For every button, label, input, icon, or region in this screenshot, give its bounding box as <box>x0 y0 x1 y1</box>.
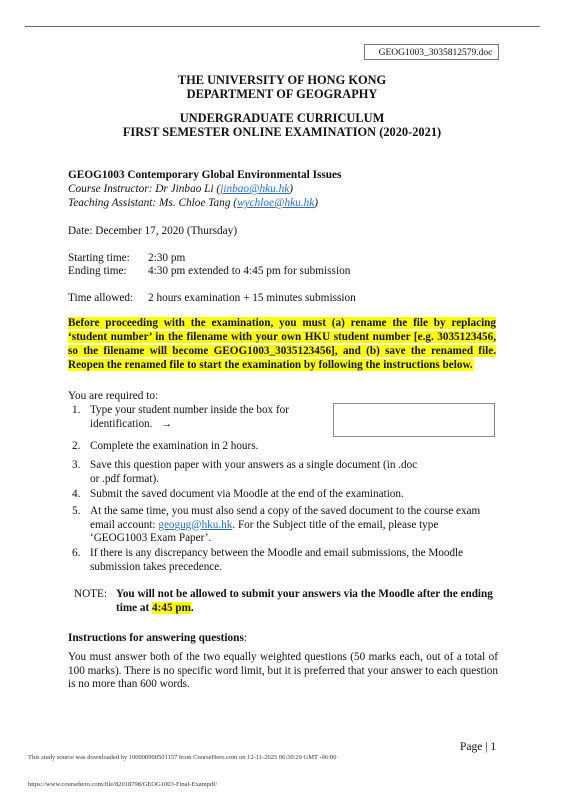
item-1-text: Type your student number inside the box … <box>90 404 289 430</box>
arrow-right-icon: → <box>161 418 172 430</box>
note-end: . <box>191 602 194 614</box>
note-block: NOTE: You will not be allowed to submit … <box>74 587 504 617</box>
start-time-label: Starting time: <box>68 251 148 265</box>
download-notice: This study source was downloaded by 1000… <box>28 754 336 761</box>
end-time-label: Ending time: <box>68 264 148 278</box>
item-number: 3. <box>72 459 80 473</box>
top-rule <box>25 26 540 27</box>
note-label: NOTE: <box>74 587 107 601</box>
page-number: Page | 1 <box>460 741 496 753</box>
start-time-value: 2:30 pm <box>148 252 185 264</box>
filename-label: GEOG1003_3035812579.doc <box>364 44 499 60</box>
ta-close: ) <box>314 197 318 209</box>
note-text: You will not be allowed to submit your a… <box>116 587 506 615</box>
item-text: At the same time, you must also send a c… <box>90 505 490 546</box>
instructions-colon: : <box>244 632 247 644</box>
item-number: 2. <box>72 440 80 454</box>
teaching-assistant: Teaching Assistant: Ms. Chloe Tang (wych… <box>68 196 318 210</box>
end-time-row: Ending time:4:30 pm extended to 4:45 pm … <box>68 264 350 278</box>
item-number: 4. <box>72 488 80 502</box>
instructor-label: Course Instructor: Dr Jinbao Li ( <box>68 183 220 195</box>
source-url[interactable]: https://www.coursehero.com/file/82018798… <box>28 781 217 788</box>
exam-date: Date: December 17, 2020 (Thursday) <box>68 224 237 238</box>
item-number: 5. <box>72 505 80 519</box>
item-number: 6. <box>72 547 80 561</box>
course-title: GEOG1003 Contemporary Global Environment… <box>68 168 341 182</box>
rename-warning: Before proceeding with the examination, … <box>68 316 496 372</box>
instructions-body: You must answer both of the two equally … <box>68 651 498 692</box>
instructor-close: ) <box>289 183 293 195</box>
university-heading: THE UNIVERSITY OF HONG KONG <box>0 73 564 87</box>
department-heading: DEPARTMENT OF GEOGRAPHY <box>0 87 564 101</box>
item-text: Type your student number inside the box … <box>90 404 315 431</box>
exam-title-heading: FIRST SEMESTER ONLINE EXAMINATION (2020-… <box>0 125 564 139</box>
ta-email-link[interactable]: wychloe@hku.hk <box>237 197 314 209</box>
requirements-intro: You are required to: <box>68 389 158 403</box>
item-number: 1. <box>72 404 80 418</box>
rename-warning-text: Before proceeding with the examination, … <box>68 317 496 371</box>
student-number-input[interactable] <box>333 403 495 437</box>
time-allowed-value: 2 hours examination + 15 minutes submiss… <box>148 292 356 304</box>
time-allowed-label: Time allowed: <box>68 291 148 305</box>
item-text: If there is any discrepancy between the … <box>90 547 490 574</box>
exam-email-link[interactable]: geogug@hku.hk <box>158 519 232 531</box>
instructions-heading: Instructions for answering questions: <box>68 631 247 645</box>
start-time-row: Starting time:2:30 pm <box>68 251 185 265</box>
end-time-value: 4:30 pm extended to 4:45 pm for submissi… <box>148 265 350 277</box>
ta-label: Teaching Assistant: Ms. Chloe Tang ( <box>68 197 237 209</box>
curriculum-heading: UNDERGRADUATE CURRICULUM <box>0 111 564 125</box>
instructions-heading-text: Instructions for answering questions <box>68 632 244 644</box>
time-allowed-row: Time allowed:2 hours examination + 15 mi… <box>68 291 356 305</box>
item-text: Submit the saved document via Moodle at … <box>90 488 490 502</box>
item-text: Save this question paper with your answe… <box>90 459 420 486</box>
course-instructor: Course Instructor: Dr Jinbao Li (jinbao@… <box>68 182 293 196</box>
item-text: Complete the examination in 2 hours. <box>90 440 490 454</box>
note-deadline-highlight: 4:45 pm <box>152 602 191 614</box>
instructor-email-link[interactable]: jinbao@hku.hk <box>220 183 289 195</box>
